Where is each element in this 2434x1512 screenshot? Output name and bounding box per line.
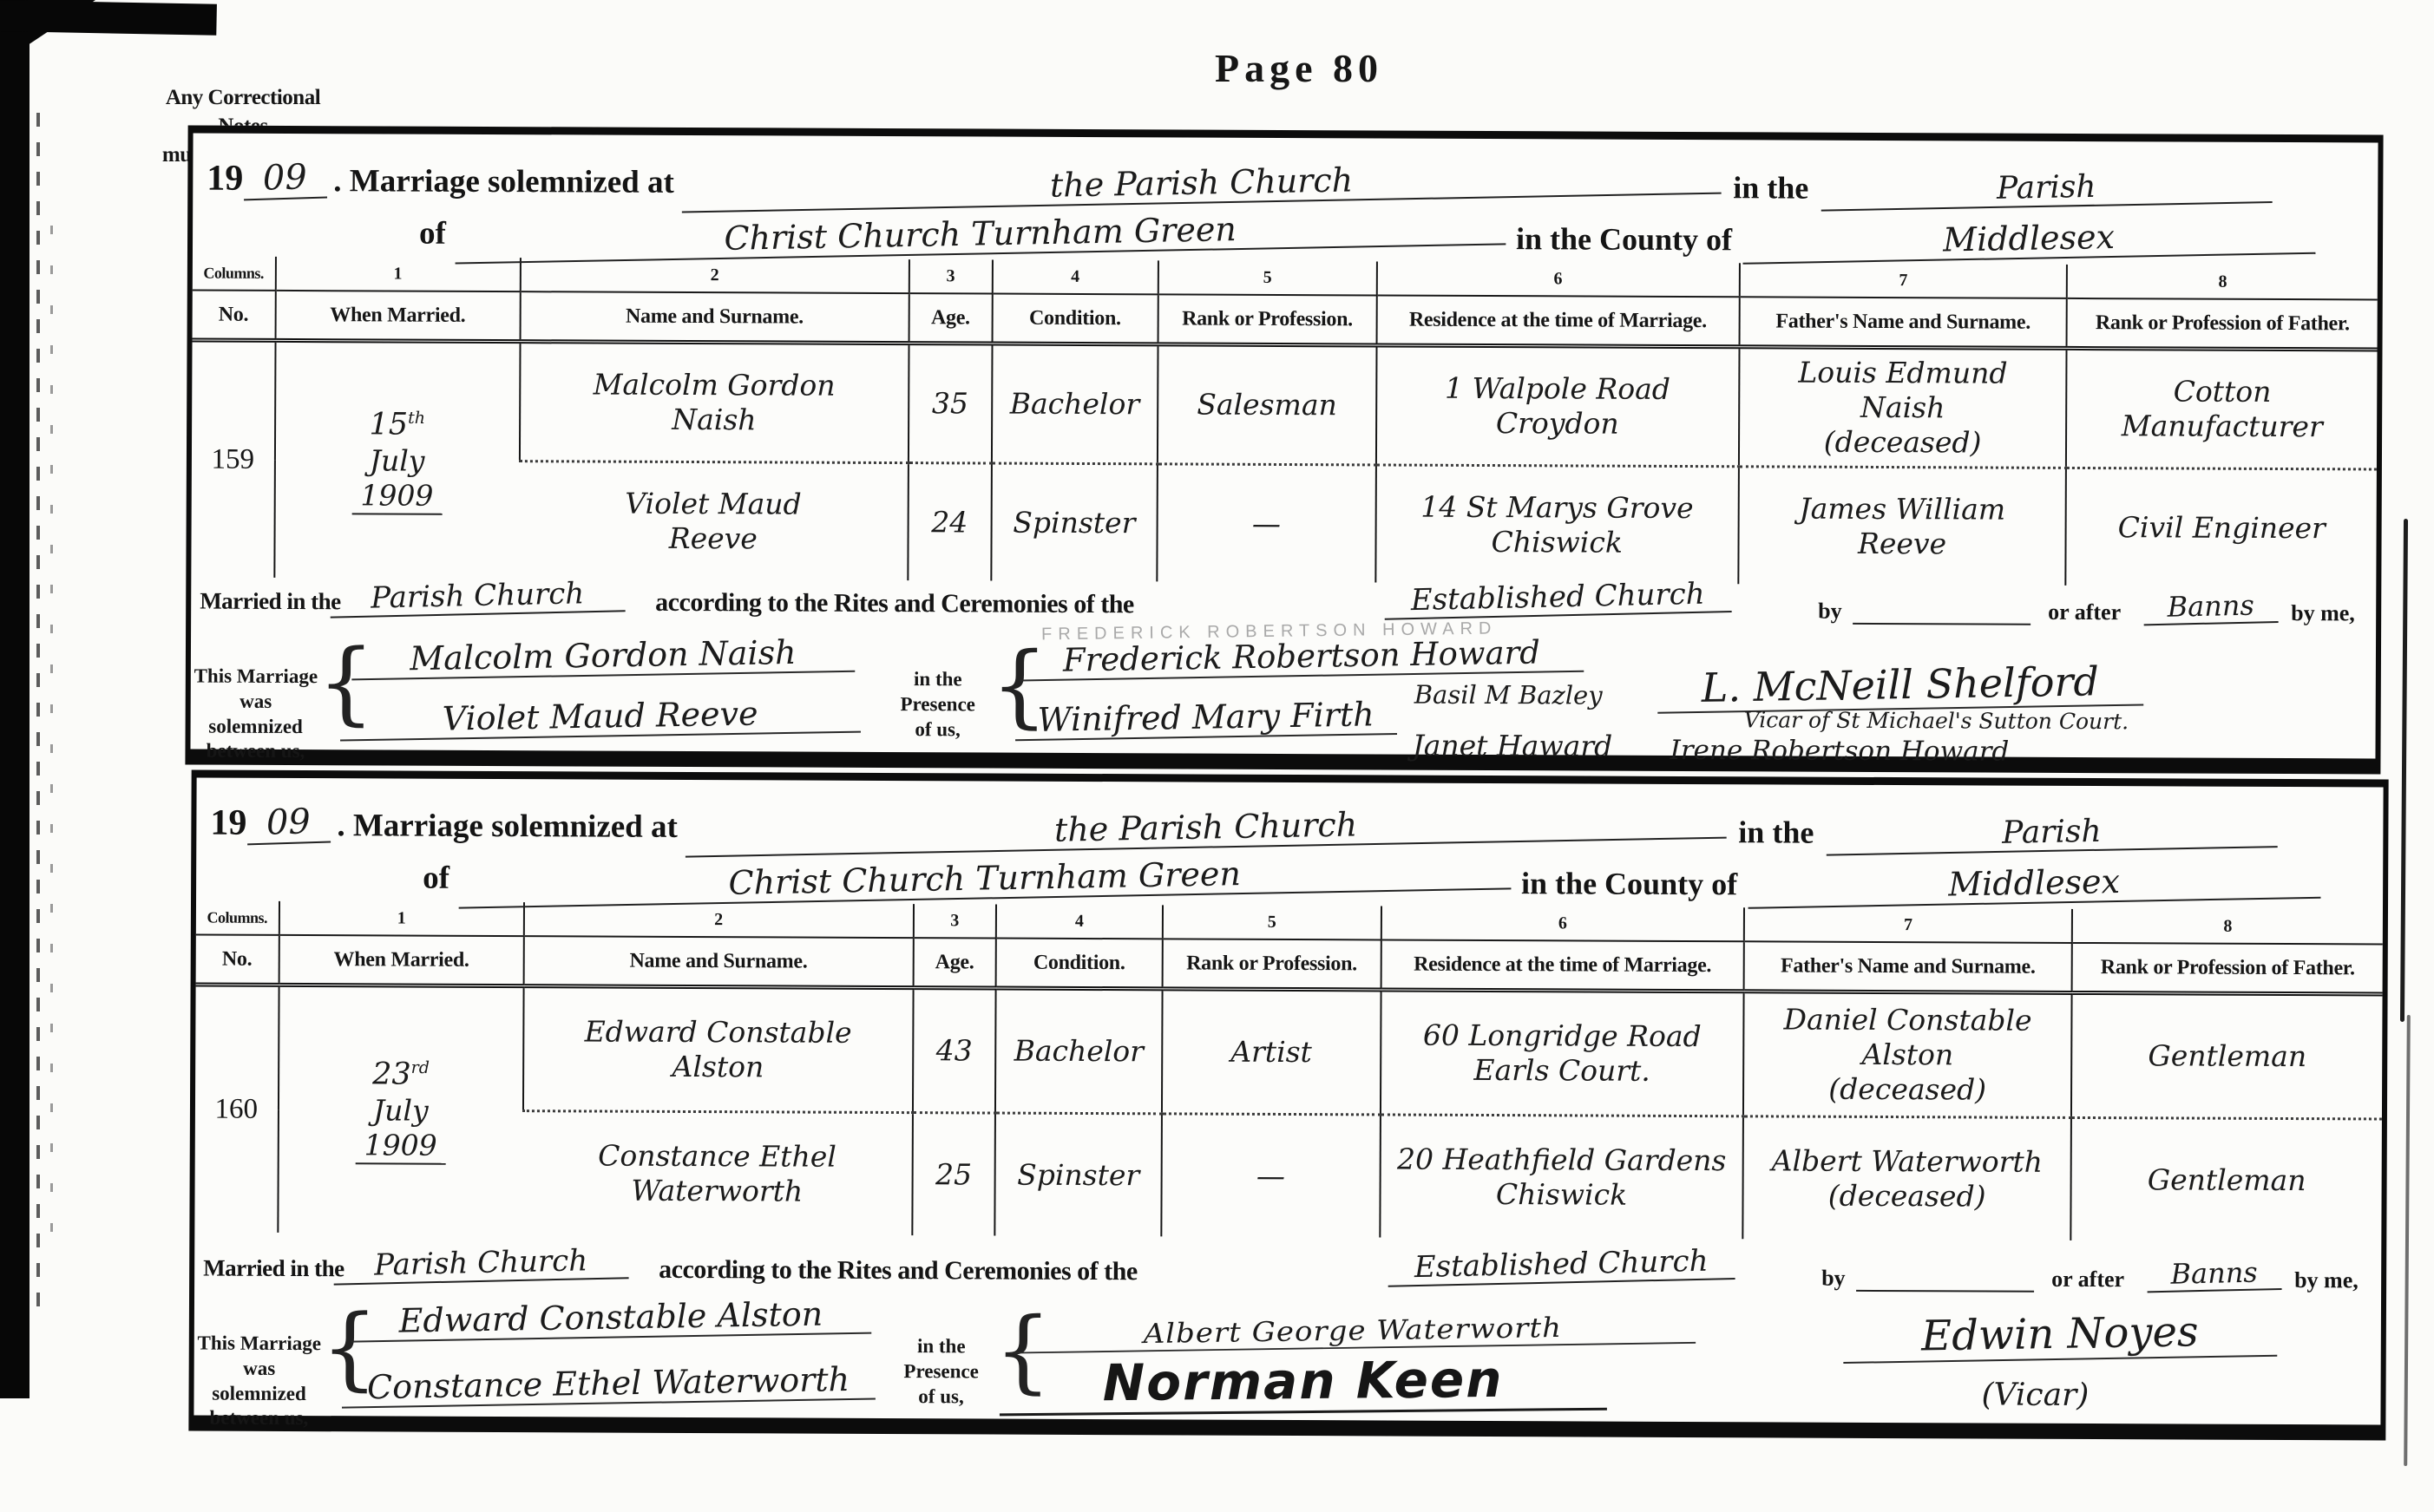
col-header: Age. xyxy=(909,293,992,344)
solemnized-label: . Marriage solemnized at xyxy=(337,807,678,846)
parish-value: Parish xyxy=(1821,166,2273,212)
bride-age-cell: 24 xyxy=(908,463,991,581)
county-value: Middlesex xyxy=(1742,214,2316,265)
bride-father-rank-cell: Civil Engineer xyxy=(2066,468,2377,586)
officiant-title: Vicar of St Michael's Sutton Court. xyxy=(1744,707,2129,734)
col-header: Name and Surname. xyxy=(524,936,914,987)
county-label: in the County of xyxy=(1516,220,1732,258)
col-num: 3 xyxy=(909,259,993,293)
bride-signature: Violet Maud Reeve xyxy=(339,693,861,742)
groom-row: 159 15th July 1909 Malcolm Gordon Naish … xyxy=(192,340,2378,469)
rites-value: Established Church xyxy=(1384,576,1732,620)
church-value: Christ Church Turnham Green xyxy=(458,849,1512,908)
col-header: Father's Name and Surname. xyxy=(1739,297,2067,348)
col-header: Residence at the time of Marriage. xyxy=(1381,939,1744,991)
col-num: 5 xyxy=(1158,260,1377,295)
columns-label: Columns. xyxy=(193,257,276,291)
marriage-entry-159: 19 09 . Marriage solemnized at the Paris… xyxy=(185,125,2383,774)
bride-name-cell: Violet Maud Reeve xyxy=(519,461,909,580)
col-num: 4 xyxy=(996,905,1163,939)
col-num: 8 xyxy=(2067,265,2378,300)
married-in-label: Married in the xyxy=(203,1255,344,1283)
entry-header: 19 09 . Marriage solemnized at the Paris… xyxy=(193,134,2378,261)
col-num: 7 xyxy=(1744,907,2072,943)
by-blank-line xyxy=(1856,1260,2034,1293)
col-header: Condition. xyxy=(996,939,1163,989)
bride-rank-cell: — xyxy=(1157,464,1375,583)
rites-label: according to the Rites and Ceremonies of… xyxy=(655,588,1134,619)
county-value: Middlesex xyxy=(1748,859,2321,909)
groom-father-rank-cell: Cotton Manufacturer xyxy=(2066,348,2377,469)
presence-label: in the Presence of us, xyxy=(888,1334,994,1410)
col-num: 4 xyxy=(992,260,1158,295)
by-blank-line xyxy=(1853,593,2031,625)
groom-name-cell: Malcolm Gordon Naish xyxy=(520,342,909,463)
when-married-cell: 23rd July 1909 xyxy=(278,985,523,1234)
by-label: by xyxy=(1821,1266,1846,1292)
col-header: Name and Surname. xyxy=(520,291,909,343)
col-header: Rank or Profession of Father. xyxy=(2072,943,2383,994)
bride-row: Violet Maud Reeve 24 Spinster — 14 St Ma… xyxy=(191,460,2377,586)
rites-value: Established Church xyxy=(1388,1243,1735,1287)
col-header: Condition. xyxy=(992,294,1158,344)
year-prefix: 19 xyxy=(207,158,243,200)
bride-condition-cell: Spinster xyxy=(995,1113,1162,1236)
this-marriage-label: This Marriage was solemnized between us, xyxy=(194,1331,325,1431)
columns-label: Columns. xyxy=(196,901,279,935)
bride-father-cell: Albert Waterworth (deceased) xyxy=(1742,1116,2071,1240)
col-header: Rank or Profession. xyxy=(1162,939,1381,990)
witness-signature: Norman Keen xyxy=(999,1349,1607,1417)
officiant-title: (Vicar) xyxy=(1981,1377,2089,1413)
entry-number: 160 xyxy=(194,985,279,1233)
banns-value: Banns xyxy=(2143,588,2279,625)
bride-rank-cell: — xyxy=(1161,1114,1381,1238)
witness-signature: Irene Robertson Howard xyxy=(1670,735,2009,768)
col-num: 8 xyxy=(2072,909,2383,945)
bride-father-rank-cell: Gentleman xyxy=(2070,1117,2382,1241)
groom-condition-cell: Bachelor xyxy=(991,344,1158,464)
groom-father-rank-cell: Gentleman xyxy=(2071,992,2383,1119)
year-prefix: 19 xyxy=(210,802,246,844)
binding-line-right-faint xyxy=(2404,1015,2411,1466)
groom-name-cell: Edward Constable Alston xyxy=(523,986,913,1113)
or-after-label: or after xyxy=(2048,599,2121,625)
rites-label: according to the Rites and Ceremonies of… xyxy=(659,1255,1138,1286)
col-header: When Married. xyxy=(275,291,520,342)
col-header: Age. xyxy=(913,938,996,988)
scan-corner xyxy=(28,0,95,45)
groom-rank-cell: Artist xyxy=(1162,989,1381,1115)
bride-row: Constance Ethel Waterworth 25 Spinster —… xyxy=(194,1109,2382,1241)
col-num: 7 xyxy=(1739,263,2067,298)
witness-signature: Janet Haward xyxy=(1412,729,1612,763)
married-in-label: Married in the xyxy=(200,588,341,616)
this-marriage-label: This Marriage was solemnized between us, xyxy=(190,664,321,765)
groom-residence-cell: 1 Walpole Road Croydon xyxy=(1376,345,1740,467)
in-the-label: in the xyxy=(1733,169,1808,206)
groom-father-cell: Daniel Constable Alston (deceased) xyxy=(1743,992,2072,1118)
witness-signature: Albert George Waterworth xyxy=(1010,1310,1696,1353)
col-num: 2 xyxy=(524,902,914,938)
groom-signature: Edward Constable Alston xyxy=(351,1294,872,1343)
bride-name-cell: Constance Ethel Waterworth xyxy=(522,1111,912,1235)
no-header: No. xyxy=(193,291,276,341)
col-header: Residence at the time of Marriage. xyxy=(1376,295,1739,346)
bride-residence-cell: 20 Heathfield Gardens Chiswick xyxy=(1380,1115,1743,1239)
married-in-value: Parish Church xyxy=(330,575,626,618)
groom-father-cell: Louis Edmund Naish (deceased) xyxy=(1739,347,2067,468)
married-in-value: Parish Church xyxy=(333,1242,629,1285)
banns-value: Banns xyxy=(2147,1255,2282,1293)
bride-condition-cell: Spinster xyxy=(991,463,1158,581)
col-header: When Married. xyxy=(279,935,523,986)
bride-father-cell: James William Reeve xyxy=(1738,467,2066,586)
marriage-entry-160: 19 09 . Marriage solemnized at the Paris… xyxy=(188,769,2388,1440)
register-table: Columns. 1 2 3 4 5 6 7 8 No. When Marrie… xyxy=(191,257,2378,587)
witness-signature: Basil M Bazley xyxy=(1414,680,1603,710)
col-header: Rank or Profession. xyxy=(1158,294,1376,345)
bride-signature: Constance Ethel Waterworth xyxy=(341,1359,876,1408)
col-num: 5 xyxy=(1163,905,1381,939)
bride-age-cell: 25 xyxy=(912,1113,995,1236)
register-table: Columns. 1 2 3 4 5 6 7 8 No. When Marrie… xyxy=(194,901,2383,1242)
year-written: 09 xyxy=(246,802,331,846)
groom-age-cell: 35 xyxy=(909,344,992,463)
no-header: No. xyxy=(196,935,279,985)
by-label: by xyxy=(1818,599,1842,625)
page-edge-ragged-line xyxy=(36,113,40,1310)
col-num: 6 xyxy=(1376,261,1739,297)
scanned-marriage-register-page: Page 80 Any Correctional Notes must be w… xyxy=(0,0,2434,1512)
presence-label: in the Presence of us, xyxy=(885,667,991,743)
groom-rank-cell: Salesman xyxy=(1158,344,1376,465)
col-num: 3 xyxy=(913,904,996,938)
groom-residence-cell: 60 Longridge Road Earls Court. xyxy=(1381,990,1744,1116)
of-label: of xyxy=(423,860,449,897)
officiant-signature: L. McNeill Shelford xyxy=(1657,657,2143,713)
solemnized-label: . Marriage solemnized at xyxy=(333,162,674,201)
groom-row: 160 23rd July 1909 Edward Constable Alst… xyxy=(195,985,2383,1119)
parish-value: Parish xyxy=(1826,810,2278,856)
col-num: 2 xyxy=(520,258,909,293)
groom-age-cell: 43 xyxy=(912,988,995,1113)
when-married-cell: 15th July 1909 xyxy=(274,340,520,579)
page-number-heading: Page 80 xyxy=(1215,45,1383,91)
year-written: 09 xyxy=(243,157,327,201)
county-label: in the County of xyxy=(1521,865,1737,902)
in-the-label: in the xyxy=(1738,814,1814,850)
bride-residence-cell: 14 St Marys Grove Chiswick xyxy=(1375,465,1739,584)
col-header: Rank or Profession of Father. xyxy=(2067,298,2378,350)
entry-number: 159 xyxy=(191,340,275,578)
col-num: 6 xyxy=(1381,906,1744,941)
or-after-label: or after xyxy=(2051,1267,2124,1293)
entry-header: 19 09 . Marriage solemnized at the Paris… xyxy=(196,778,2384,906)
page-edge-ragged-line xyxy=(50,226,53,1249)
by-me-label: by me, xyxy=(2291,600,2355,626)
col-header: Father's Name and Surname. xyxy=(1744,941,2072,992)
scan-edge-left xyxy=(0,0,30,1398)
entry-signatures-section: Married in the Parish Church according t… xyxy=(194,1233,2381,1445)
entry-signatures-section: Married in the Parish Church according t… xyxy=(190,578,2376,777)
by-me-label: by me, xyxy=(2294,1267,2359,1293)
groom-signature: Malcolm Gordon Naish xyxy=(351,632,856,681)
witness-signature: Frederick Robertson Howard xyxy=(1020,633,1584,682)
church-value: Christ Church Turnham Green xyxy=(455,205,1506,264)
groom-condition-cell: Bachelor xyxy=(995,988,1162,1114)
of-label: of xyxy=(419,215,446,252)
witness-signature: Winifred Mary Firth xyxy=(1014,695,1397,741)
officiant-signature: Edwin Noyes xyxy=(1842,1306,2277,1364)
binding-line-right xyxy=(2400,519,2408,1022)
